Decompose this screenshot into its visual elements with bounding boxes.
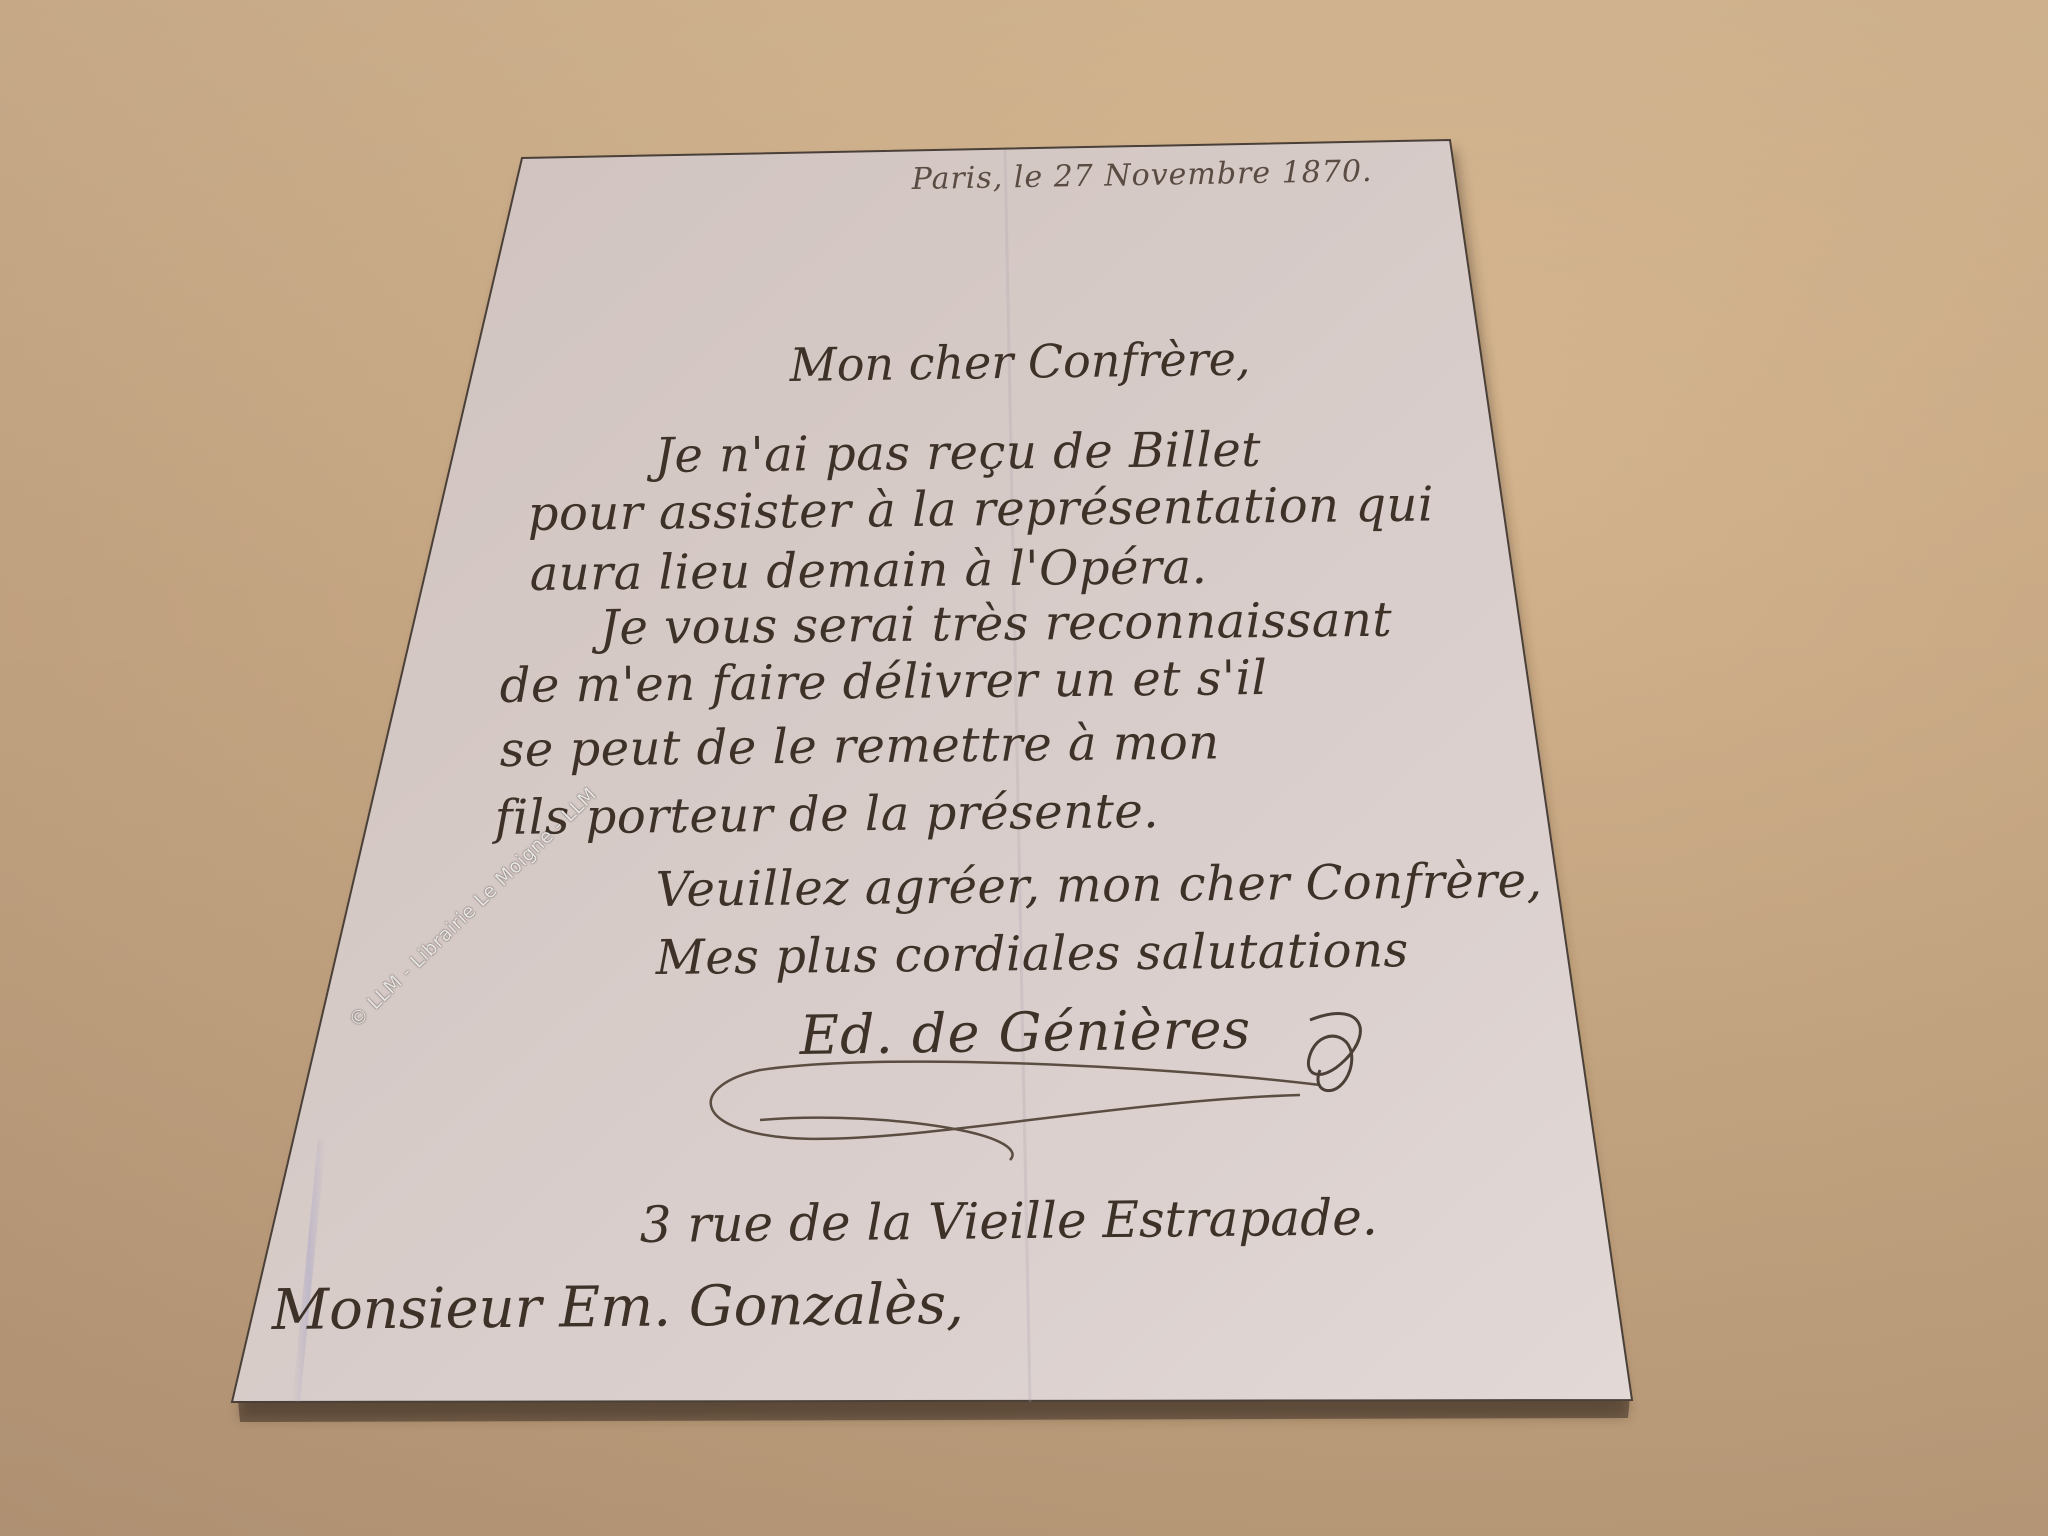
letter-body-line: se peut de le remettre à mon <box>499 714 1220 778</box>
letter-closing-line: Veuillez agréer, mon cher Confrère, <box>655 853 1542 918</box>
letter-body-line: aura lieu demain à l'Opéra. <box>529 539 1207 602</box>
letter-body-line: pour assister à la représentation qui <box>527 477 1434 542</box>
letter-recipient: Monsieur Em. Gonzalès, <box>271 1272 964 1343</box>
letter-address: 3 rue de la Vieille Estrapade. <box>639 1188 1378 1254</box>
letter-body-line: Je vous serai très reconnaissant <box>599 592 1392 656</box>
letter-body-line: Je n'ai pas reçu de Billet <box>654 422 1261 484</box>
letter-signature: Ed. de Génières <box>799 998 1251 1067</box>
letter-body-line: de m'en faire délivrer un et s'il <box>499 650 1267 714</box>
letter-salutation: Mon cher Confrère, <box>789 332 1251 392</box>
letter-closing-line: Mes plus cordiales salutations <box>655 922 1408 986</box>
